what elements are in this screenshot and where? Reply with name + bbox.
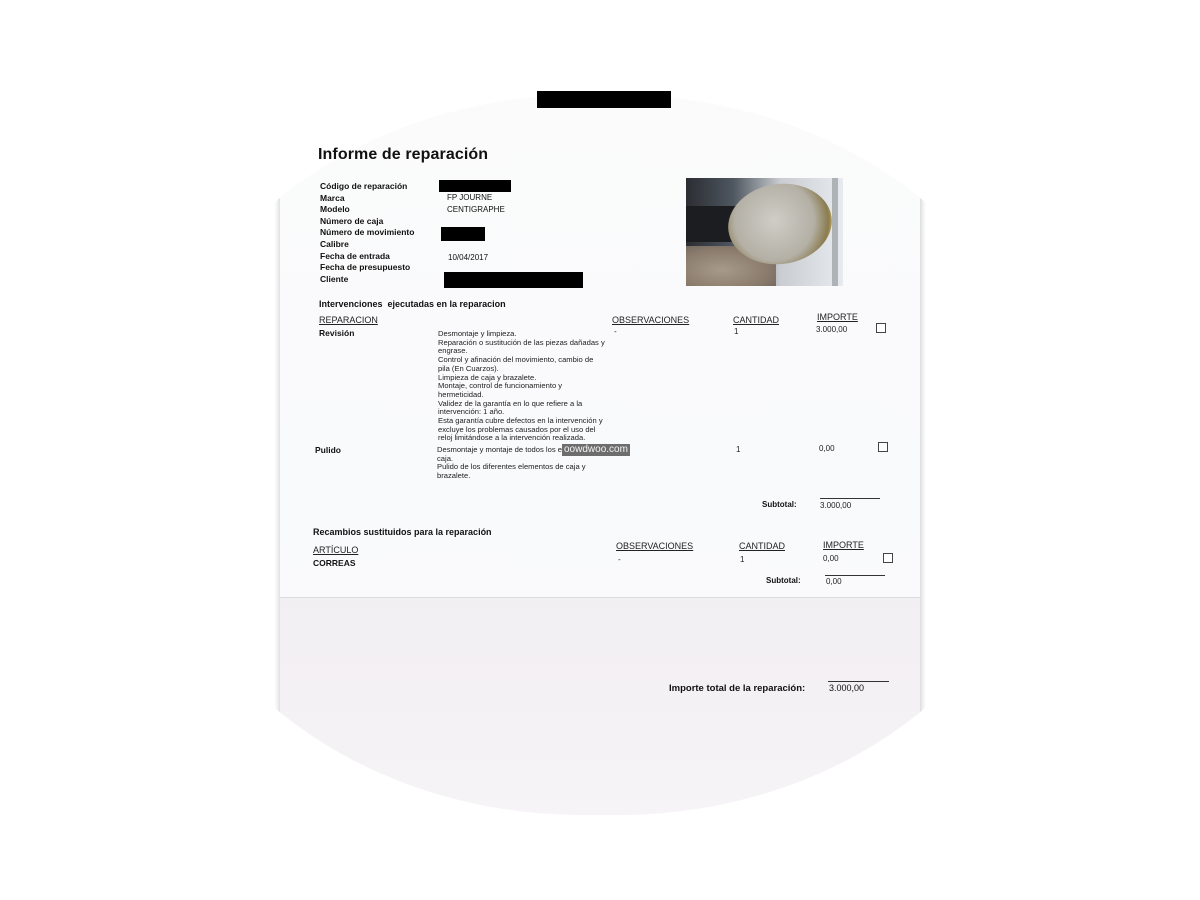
col-header-importe: IMPORTE	[817, 312, 858, 322]
row-checkbox-pulido[interactable]	[878, 442, 888, 452]
redacted-codigo-value	[439, 180, 511, 192]
col-header-cantidad: CANTIDAD	[733, 315, 779, 325]
col-header-reparacion: REPARACION	[319, 315, 378, 325]
parts-col-header-importe: IMPORTE	[823, 540, 864, 550]
total-label: Importe total de la reparación:	[669, 683, 805, 694]
subtotal-rule	[820, 498, 880, 499]
field-label-codigo: Código de reparación	[320, 181, 414, 193]
col-header-observaciones: OBSERVACIONES	[612, 315, 689, 325]
parts-subtotal-label: Subtotal:	[766, 576, 801, 585]
row-description-revision: Desmontaje y limpieza. Reparación o sust…	[438, 330, 605, 443]
row-quantity-pulido: 1	[736, 445, 740, 454]
parts-col-header-observaciones: OBSERVACIONES	[616, 541, 693, 551]
row-name-pulido: Pulido	[315, 445, 341, 457]
field-label-fecha-presupuesto: Fecha de presupuesto	[320, 262, 414, 274]
parts-col-header-articulo: ARTÍCULO	[313, 545, 358, 555]
parts-row-quantity: 1	[740, 555, 744, 564]
redacted-cliente-value	[444, 272, 583, 288]
field-value-marca: FP JOURNE	[447, 192, 492, 204]
row-name-revision: Revisión	[319, 328, 354, 340]
page-title: Informe de reparación	[318, 146, 488, 164]
header-fields: Código de reparación Marca Modelo Número…	[320, 181, 414, 285]
redacted-letterhead	[537, 91, 671, 108]
total-value: 3.000,00	[829, 683, 864, 693]
field-value-fecha-entrada: 10/04/2017	[448, 252, 488, 264]
field-label-calibre: Calibre	[320, 239, 414, 251]
parts-heading: Recambios sustituidos para la reparación	[313, 527, 492, 537]
parts-row-amount: 0,00	[823, 554, 839, 563]
interventions-subtotal-label: Subtotal:	[762, 500, 797, 509]
background-bar	[832, 178, 838, 286]
parts-row-observations: -	[618, 555, 621, 564]
field-label-marca: Marca	[320, 193, 414, 205]
field-label-numero-caja: Número de caja	[320, 216, 414, 228]
row-amount-revision: 3.000,00	[816, 325, 847, 334]
field-label-modelo: Modelo	[320, 204, 414, 216]
interventions-heading: Intervenciones ejecutadas en la reparaci…	[319, 299, 506, 309]
field-label-cliente: Cliente	[320, 274, 414, 286]
parts-subtotal-value: 0,00	[826, 577, 842, 586]
desc-line: brazalete.	[437, 472, 586, 481]
row-amount-pulido: 0,00	[819, 444, 835, 453]
field-label-fecha-entrada: Fecha de entrada	[320, 251, 414, 263]
field-value-modelo: CENTIGRAPHE	[447, 204, 505, 216]
desc-line: reloj limitándose a la intervención real…	[438, 434, 605, 443]
watch-photo	[686, 178, 843, 286]
parts-subtotal-rule	[825, 575, 885, 576]
row-quantity-revision: 1	[734, 327, 738, 336]
parts-col-header-cantidad: CANTIDAD	[739, 541, 785, 551]
paper-sheet-folded-lower	[280, 597, 920, 815]
row-observations-revision: -	[614, 327, 617, 336]
field-label-numero-movimiento: Número de movimiento	[320, 227, 414, 239]
interventions-subtotal-value: 3.000,00	[820, 501, 851, 510]
watermark: oowdwoo.com	[562, 444, 630, 456]
parts-row-name-correas: CORREAS	[313, 558, 356, 570]
row-checkbox-revision[interactable]	[876, 323, 886, 333]
parts-row-checkbox[interactable]	[883, 553, 893, 563]
total-rule	[828, 681, 889, 682]
redacted-movimiento-value	[441, 227, 485, 241]
